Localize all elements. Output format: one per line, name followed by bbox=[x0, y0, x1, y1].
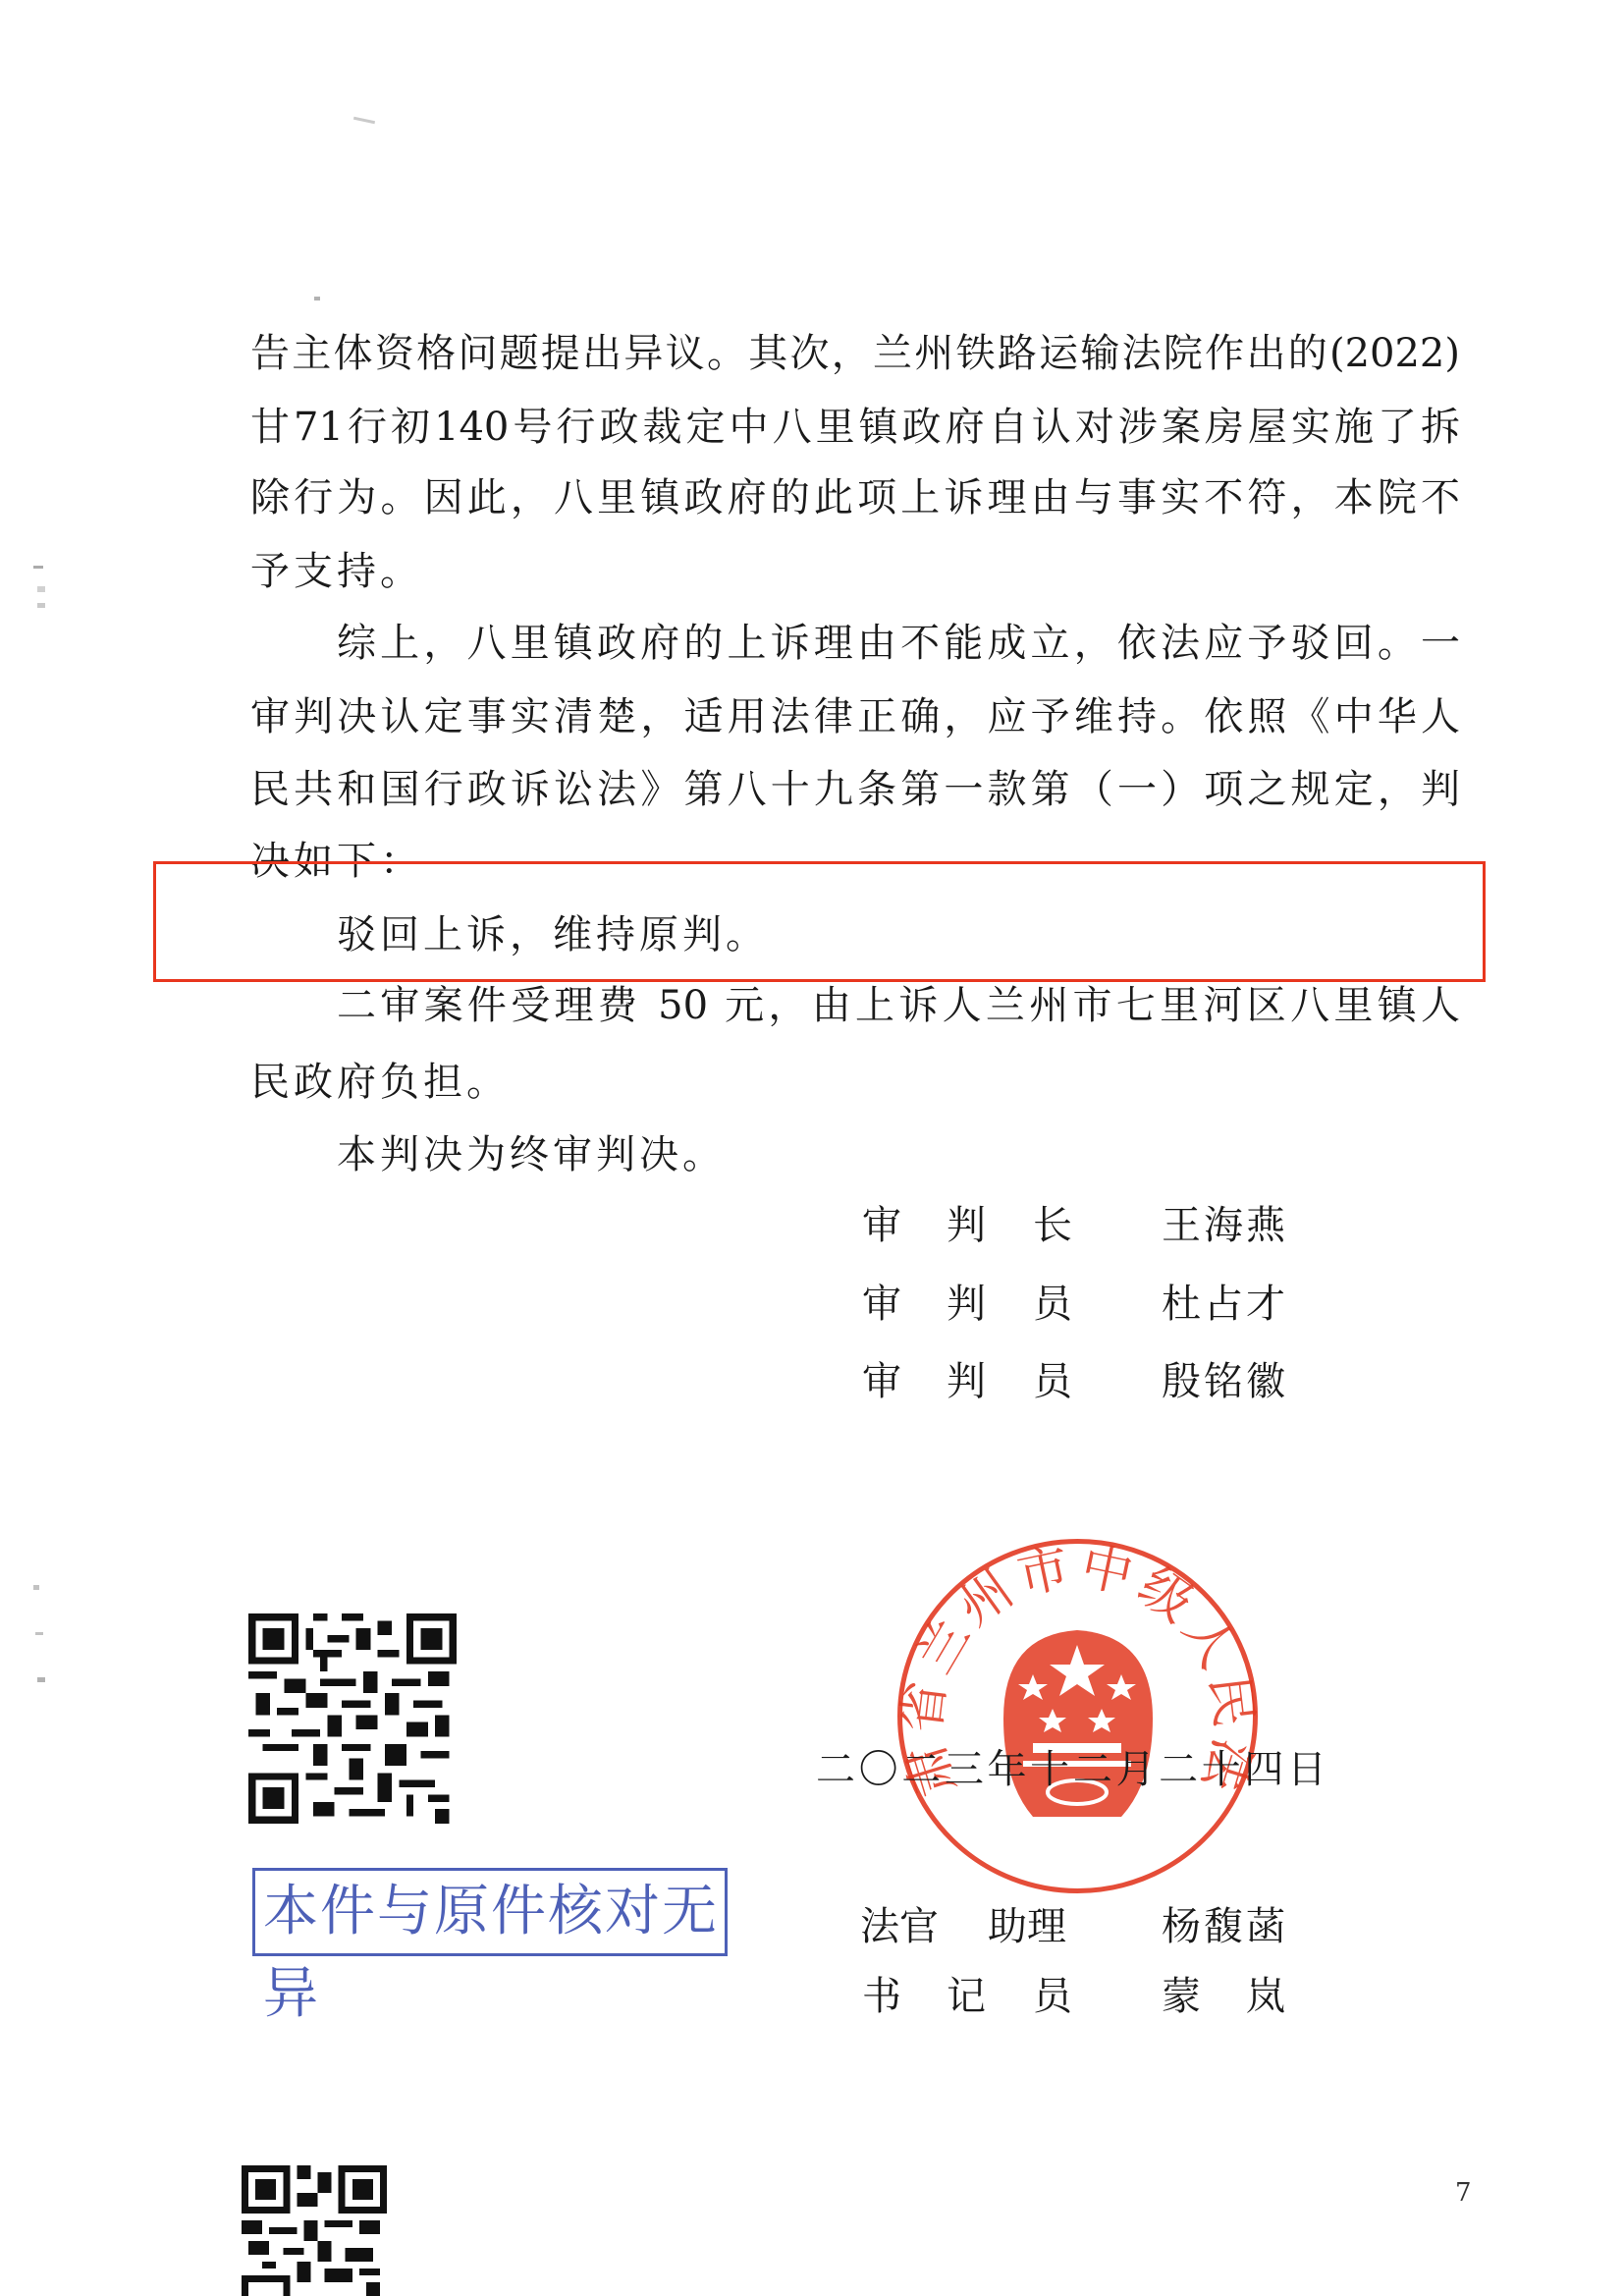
judge-name: 王海燕 bbox=[1162, 1204, 1285, 1247]
body-line-12: 本判决为终审判决。 bbox=[337, 1133, 726, 1176]
body-line-11: 民政府负担。 bbox=[250, 1061, 510, 1104]
role-char: 长 bbox=[1031, 1204, 1074, 1247]
role-text: 法官 bbox=[860, 1905, 947, 1948]
body-line-7: 民共和国行政诉讼法》第八十九条第一款第（一）项之规定，判 bbox=[250, 768, 1460, 811]
role-char: 审 bbox=[860, 1204, 903, 1247]
qr-code-small bbox=[242, 2165, 387, 2296]
clerk-name: 杨馥菡 bbox=[1162, 1905, 1285, 1948]
body-line-5: 综上，八里镇政府的上诉理由不能成立，依法应予驳回。一 bbox=[337, 622, 1460, 665]
judge-row-2: 审 判 员 杜占才 bbox=[0, 1283, 1624, 1326]
document-page: 告主体资格问题提出异议。其次，兰州铁路运输法院作出的(2022) 甘71行初14… bbox=[0, 0, 1624, 2296]
judgment-date: 二〇二三年十二月二十四日 bbox=[816, 1748, 1326, 1791]
scan-mark bbox=[353, 117, 375, 125]
scan-mark bbox=[37, 603, 45, 608]
role-char: 员 bbox=[1031, 1360, 1074, 1403]
role-char: 审 bbox=[860, 1360, 903, 1403]
role-char: 书 bbox=[860, 1975, 903, 2018]
role-char: 记 bbox=[945, 1975, 988, 2018]
scan-mark bbox=[35, 1632, 43, 1635]
body-line-4: 予支持。 bbox=[250, 550, 423, 593]
role-char: 判 bbox=[945, 1204, 988, 1247]
judge-name: 殷铭徽 bbox=[1162, 1360, 1285, 1403]
scan-mark bbox=[33, 1585, 39, 1590]
scan-mark bbox=[314, 297, 320, 301]
body-line-10: 二审案件受理费 50 元，由上诉人兰州市七里河区八里镇人 bbox=[337, 984, 1460, 1027]
scan-mark bbox=[33, 566, 43, 569]
body-line-3: 除行为。因此，八里镇政府的此项上诉理由与事实不符，本院不 bbox=[250, 476, 1460, 519]
judge-row-1: 审 判 长 王海燕 bbox=[0, 1204, 1624, 1247]
role-char: 判 bbox=[945, 1283, 988, 1326]
court-seal: 甘肃省兰州市中级人民法院 bbox=[895, 1537, 1260, 1895]
judge-row-3: 审 判 员 殷铭徽 bbox=[0, 1360, 1624, 1403]
body-line-2: 甘71行初140号行政裁定中八里镇政府自认对涉案房屋实施了拆 bbox=[250, 406, 1460, 449]
scan-mark bbox=[37, 1677, 45, 1682]
scan-mark bbox=[37, 586, 45, 592]
role-char: 员 bbox=[1031, 1283, 1074, 1326]
role-char: 审 bbox=[860, 1283, 903, 1326]
role-char: 判 bbox=[945, 1360, 988, 1403]
highlight-box bbox=[153, 861, 1486, 982]
judge-name: 杜占才 bbox=[1162, 1283, 1285, 1326]
page-number: 7 bbox=[1455, 2178, 1472, 2208]
role-char: 员 bbox=[1031, 1975, 1074, 2018]
clerk-row-2: 书 记 员 蒙岚 bbox=[0, 1975, 1624, 2018]
clerk-row-1: 法官 助理 杨馥菡 bbox=[0, 1905, 1624, 1948]
body-line-6: 审判决认定事实清楚，适用法律正确，应予维持。依照《中华人 bbox=[250, 695, 1460, 738]
role-text: 助理 bbox=[988, 1905, 1074, 1948]
qr-code bbox=[248, 1613, 457, 1824]
body-line-1: 告主体资格问题提出异议。其次，兰州铁路运输法院作出的(2022) bbox=[250, 332, 1460, 375]
clerk-name: 蒙岚 bbox=[1162, 1975, 1285, 2018]
